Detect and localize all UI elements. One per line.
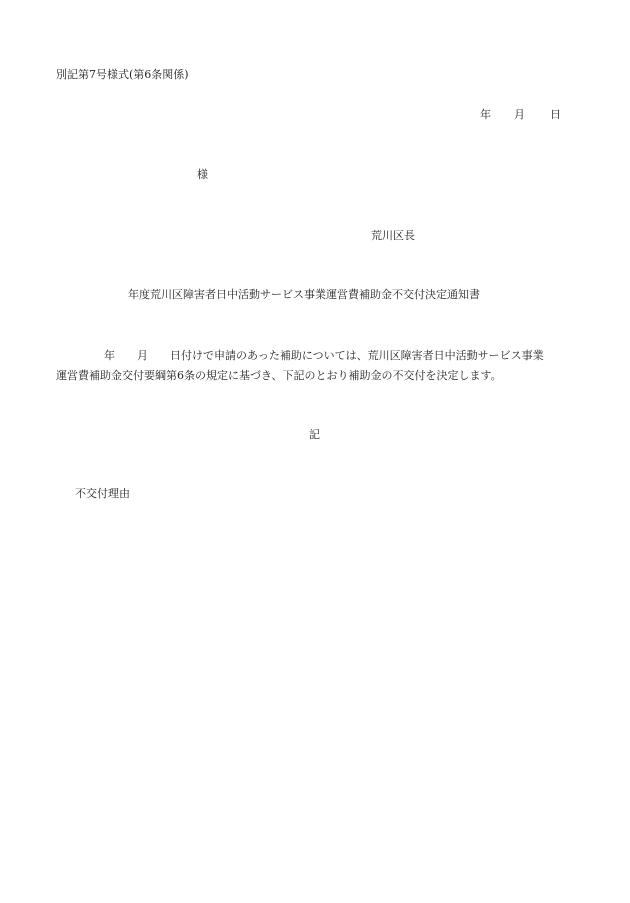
ki-heading: 記 (309, 428, 320, 442)
issuer: 荒川区長 (371, 229, 415, 243)
body-line-2: 運営費補助金交付要綱第6条の規定に基づき、下記のとおり補助金の不交付を決定します… (56, 366, 581, 386)
addressee-suffix: 様 (197, 168, 208, 182)
document-title: 年度荒川区障害者日中活動サービス事業運営費補助金不交付決定通知書 (128, 288, 480, 302)
year-label: 年 (480, 108, 514, 122)
day-label: 日 (550, 108, 561, 122)
month-label: 月 (514, 108, 550, 122)
date-line: 年月日 (480, 108, 561, 122)
reason-label: 不交付理由 (75, 487, 130, 501)
body-line-1: 年 月 日付けで申請のあった補助については、荒川区障害者日中活動サービス事業 (56, 346, 581, 366)
form-number: 別記第7号様式(第6条関係) (56, 68, 189, 82)
body-text: 年 月 日付けで申請のあった補助については、荒川区障害者日中活動サービス事業 運… (56, 346, 581, 386)
